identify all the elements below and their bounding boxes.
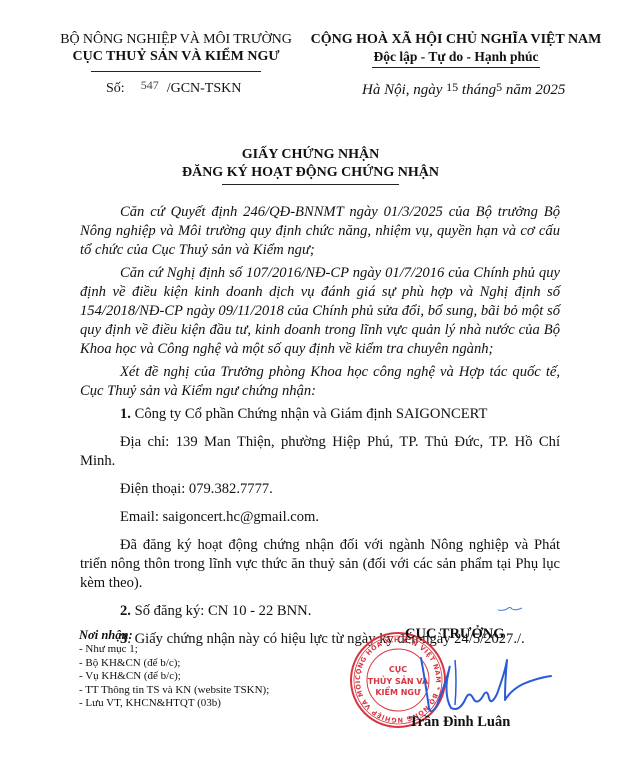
issue-date: Hà Nội, ngày 15 tháng5 năm 2025 [362,82,565,99]
recipients-heading: Nơi nhận: [79,628,269,643]
signer-role: CỤC TRƯỞNG [405,626,505,643]
document-title: GIẤY CHỨNG NHẬN ĐĂNG KÝ HOẠT ĐỘNG CHỨNG … [0,146,621,185]
national-header: CỘNG HOÀ XÃ HỘI CHỦ NGHĨA VIỆT NAM Độc l… [306,31,606,68]
doc-number-label: Số: [106,81,125,96]
date-year: năm 2025 [502,82,565,98]
item-2-text: Số đăng ký: CN 10 - 22 BNN. [131,603,311,619]
date-prefix: Hà Nội, ngày [362,82,446,98]
doc-number-suffix: /GCN-TSKN [167,81,242,96]
recipient-item: - Vụ KH&CN (để b/c); [79,670,269,684]
item-1-text: Công ty Cổ phần Chứng nhận và Giám định … [131,406,487,422]
recipient-item: - Bộ KH&CN (để b/c); [79,657,269,671]
svg-text:CỤC: CỤC [389,665,407,674]
item-1-company: 1. Công ty Cổ phần Chứng nhận và Giám đị… [80,405,560,424]
recipient-item: - TT Thông tin TS và KN (website TSKN); [79,684,269,698]
company-address: Địa chỉ: 139 Man Thiện, phường Hiệp Phú,… [80,433,560,471]
country-name: CỘNG HOÀ XÃ HỘI CHỦ NGHĨA VIỆT NAM [306,31,606,48]
date-month: 5 [496,80,502,94]
department-name: CỤC THUỶ SẢN VÀ KIỂM NGƯ [44,48,308,65]
item-2-number: 2. [120,603,131,619]
company-phone: Điện thoại: 079.382.7777. [80,480,560,499]
recipient-item: - Lưu VT, KHCN&HTQT (03b) [79,697,269,711]
national-motto: Độc lập - Tự do - Hạnh phúc [306,48,606,65]
registration-scope: Đã đăng ký hoạt động chứng nhận đối với … [80,536,560,593]
title-underline [222,184,399,185]
recipient-item: - Như mục 1; [79,643,269,657]
handwritten-signature-icon [415,650,555,720]
company-email: Email: saigoncert.hc@gmail.com. [80,508,560,527]
date-day: 15 [446,80,458,94]
item-1-number: 1. [120,406,131,422]
ministry-name: BỘ NÔNG NGHIỆP VÀ MÔI TRƯỜNG [44,31,308,48]
doc-number-value: 547 [141,78,159,92]
recipients-block: Nơi nhận: - Như mục 1; - Bộ KH&CN (để b/… [79,628,269,711]
date-month-label: tháng [458,82,496,98]
item-2-registration-number: 2. Số đăng ký: CN 10 - 22 BNN. [80,602,560,621]
header-divider [91,71,261,72]
initial-mark-icon [497,604,523,614]
title-line-2: ĐĂNG KÝ HOẠT ĐỘNG CHỨNG NHẬN [0,164,621,182]
title-line-1: GIẤY CHỨNG NHẬN [0,146,621,164]
document-number: Số:547/GCN-TSKN [106,80,241,97]
preamble-paragraph: Căn cứ Nghị định số 107/2016/NĐ-CP ngày … [80,264,560,359]
preamble-paragraph: Xét đề nghị của Trưởng phòng Khoa học cô… [80,363,560,401]
preamble-paragraph: Căn cứ Quyết định 246/QĐ-BNNMT ngày 01/3… [80,203,560,260]
certificate-body: Căn cứ Quyết định 246/QĐ-BNNMT ngày 01/3… [80,203,560,649]
issuer-header: BỘ NÔNG NGHIỆP VÀ MÔI TRƯỜNG CỤC THUỶ SẢ… [44,31,308,72]
motto-underline [372,67,540,68]
signer-name: Trần Đình Luân [409,714,510,731]
signature-block: CỘNG HÒA X.H.C.N VIỆT NAM * BỘ NÔNG NGHI… [345,620,570,755]
